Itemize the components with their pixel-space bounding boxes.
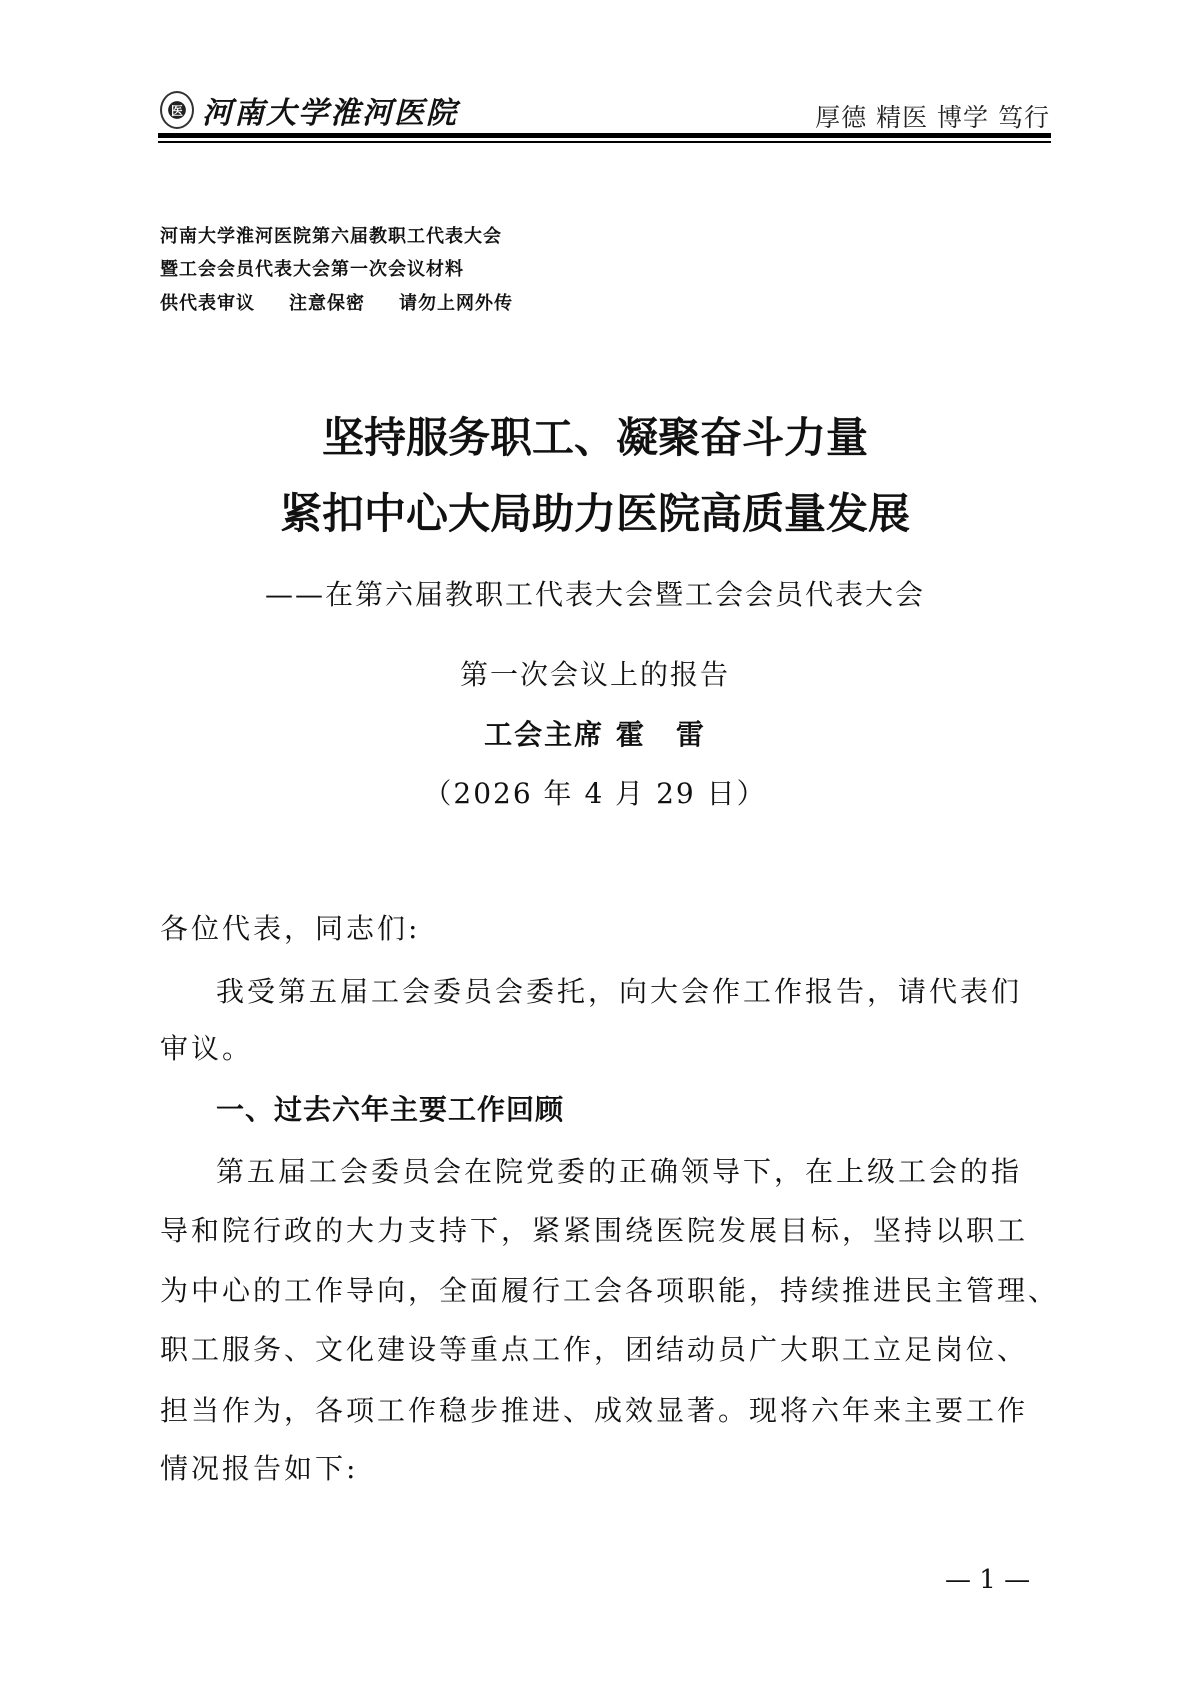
- report-title-line2: 紧扣中心大局助力医院高质量发展: [0, 481, 1190, 541]
- header-rule-thin: [158, 141, 1051, 143]
- greeting: 各位代表，同志们:: [160, 907, 420, 947]
- intro-line1: 我受第五届工会委员会委托，向大会作工作报告，请代表们: [216, 970, 1022, 1010]
- meeting-info-line1: 河南大学淮河医院第六届教职工代表大会: [160, 222, 502, 248]
- meeting-notices: 供代表审议注意保密请勿上网外传: [160, 289, 513, 315]
- institution-name: 河南大学淮河医院: [202, 88, 458, 132]
- notice-confidential: 注意保密: [289, 293, 365, 314]
- paragraph-line: 职工服务、文化建设等重点工作，团结动员广大职工立足岗位、: [160, 1328, 1028, 1368]
- speaker-line: 工会主席 霍 雷: [0, 713, 1190, 753]
- paragraph-line: 第五届工会委员会在院党委的正确领导下，在上级工会的指: [216, 1150, 1022, 1190]
- report-subtitle-line1: ——在第六届教职工代表大会暨工会会员代表大会: [0, 573, 1190, 613]
- report-date: （2026 年 4 月 29 日）: [0, 772, 1190, 812]
- paragraph-line: 导和院行政的大力支持下，紧紧围绕医院发展目标，坚持以职工: [160, 1209, 1028, 1249]
- paragraph-line: 情况报告如下:: [160, 1447, 358, 1487]
- paragraph-line: 担当作为，各项工作稳步推进、成效显著。现将六年来主要工作: [160, 1389, 1028, 1429]
- meeting-info-line2: 暨工会会员代表大会第一次会议材料: [160, 255, 464, 281]
- letterhead-logo: 医 河南大学淮河医院: [160, 88, 458, 132]
- hospital-emblem-icon: 医: [160, 91, 194, 129]
- page-number: — 1 —: [945, 1565, 1030, 1595]
- section-heading-1: 一、过去六年主要工作回顾: [216, 1088, 564, 1128]
- paragraph-line: 为中心的工作导向，全面履行工会各项职能，持续推进民主管理、: [160, 1269, 1059, 1309]
- notice-no-online: 请勿上网外传: [399, 293, 513, 314]
- hospital-motto: 厚德 精医 博学 笃行: [815, 98, 1050, 134]
- report-title-line1: 坚持服务职工、凝聚奋斗力量: [0, 405, 1190, 465]
- intro-line2: 审议。: [160, 1027, 253, 1067]
- report-subtitle-line2: 第一次会议上的报告: [0, 653, 1190, 693]
- header-rule-thick: [158, 133, 1051, 138]
- notice-review: 供代表审议: [160, 293, 255, 314]
